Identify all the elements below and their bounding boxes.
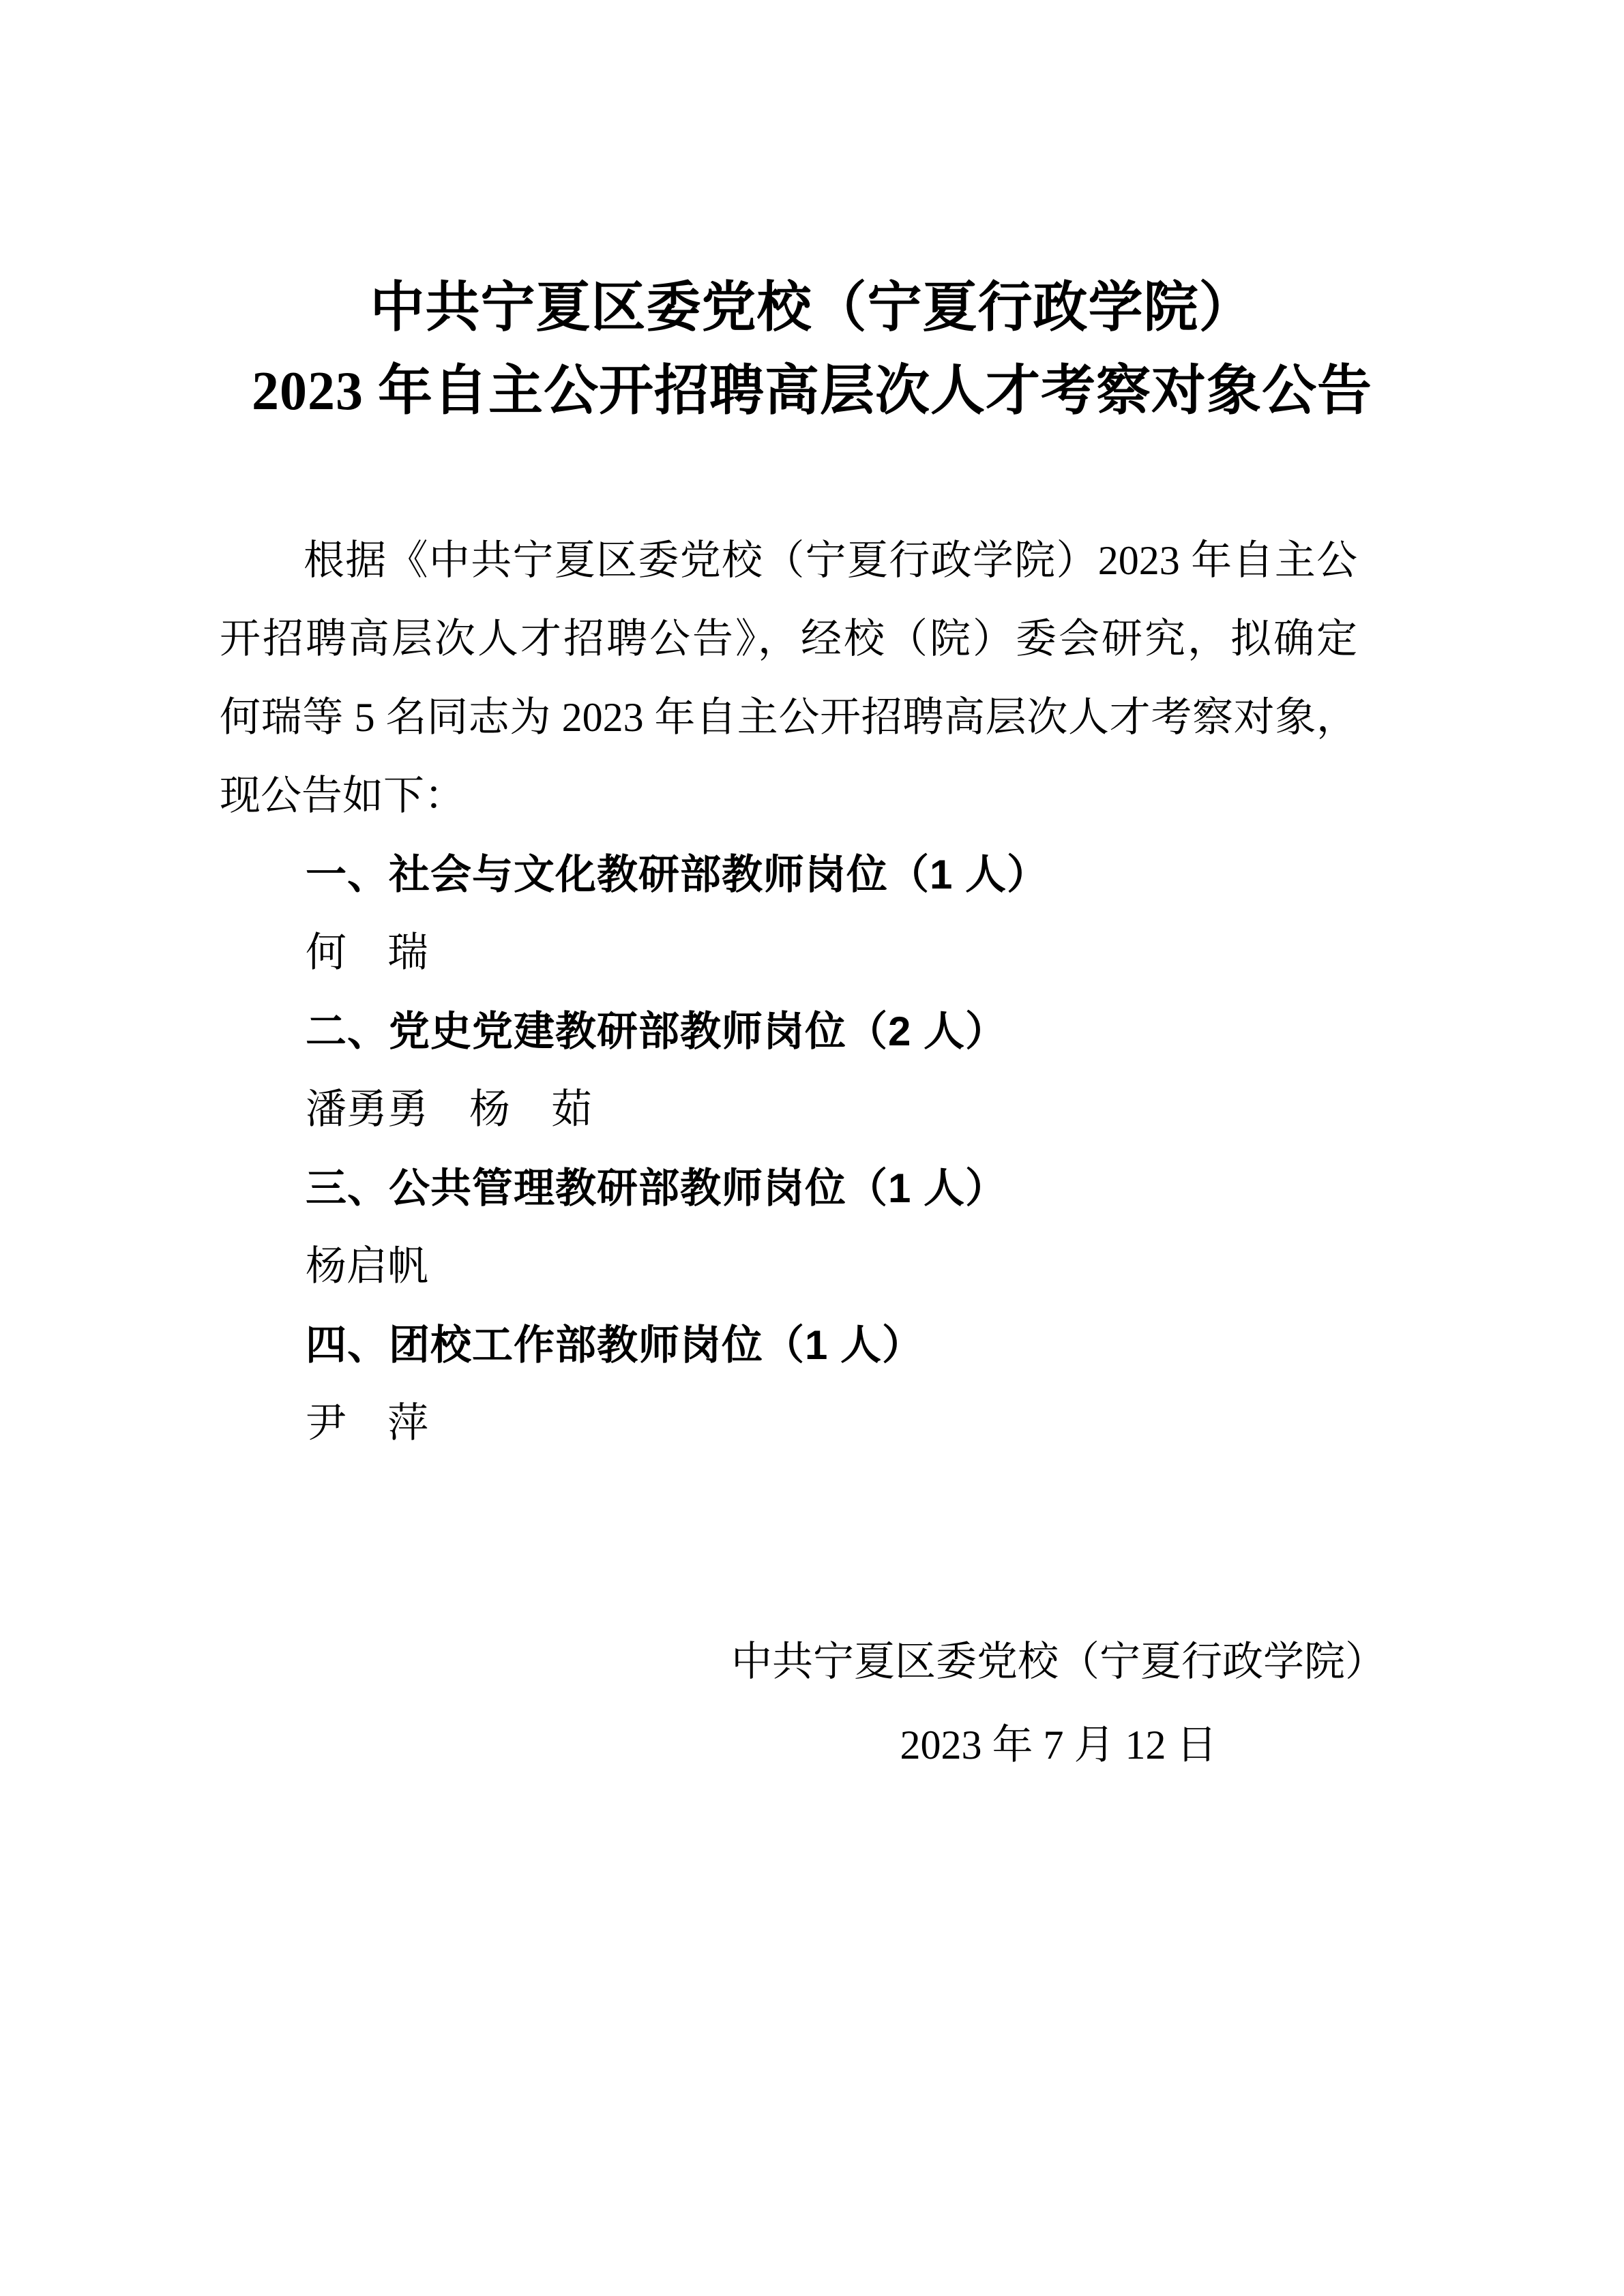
paragraph-line-1: 根据《中共宁夏区委党校（宁夏行政学院）2023 年自主公 [220, 522, 1357, 600]
title-line-1: 中共宁夏区委党校（宁夏行政学院） [0, 267, 1624, 350]
section-3-heading: 三、公共管理教研部教师岗位（1 人） [220, 1149, 1357, 1227]
section-1-names: 何 瑞 [220, 914, 1357, 992]
document-body: 根据《中共宁夏区委党校（宁夏行政学院）2023 年自主公 开招聘高层次人才招聘公… [220, 522, 1357, 1463]
section-4-names: 尹 萍 [220, 1384, 1357, 1463]
section-3-names: 杨启帆 [220, 1227, 1357, 1306]
paragraph-line-4: 现公告如下： [220, 757, 1357, 835]
section-1-heading: 一、社会与文化教研部教师岗位（1 人） [220, 835, 1357, 914]
signature-block: 中共宁夏区委党校（宁夏行政学院） 2023 年 7 月 12 日 [731, 1620, 1386, 1787]
section-4-heading: 四、团校工作部教师岗位（1 人） [220, 1306, 1357, 1384]
document-page: 中共宁夏区委党校（宁夏行政学院） 2023 年自主公开招聘高层次人才考察对象公告… [0, 0, 1624, 2296]
paragraph-line-2: 开招聘高层次人才招聘公告》，经校（院）委会研究，拟确定 [220, 600, 1357, 679]
title-line-2: 2023 年自主公开招聘高层次人才考察对象公告 [0, 350, 1624, 433]
paragraph-line-3: 何瑞等 5 名同志为 2023 年自主公开招聘高层次人才考察对象， [220, 679, 1357, 757]
issuer-signature: 中共宁夏区委党校（宁夏行政学院） [731, 1620, 1386, 1703]
issue-date: 2023 年 7 月 12 日 [731, 1703, 1386, 1787]
document-title: 中共宁夏区委党校（宁夏行政学院） 2023 年自主公开招聘高层次人才考察对象公告 [0, 267, 1624, 433]
section-2-names: 潘勇勇 杨 茹 [220, 1071, 1357, 1149]
section-2-heading: 二、党史党建教研部教师岗位（2 人） [220, 992, 1357, 1071]
